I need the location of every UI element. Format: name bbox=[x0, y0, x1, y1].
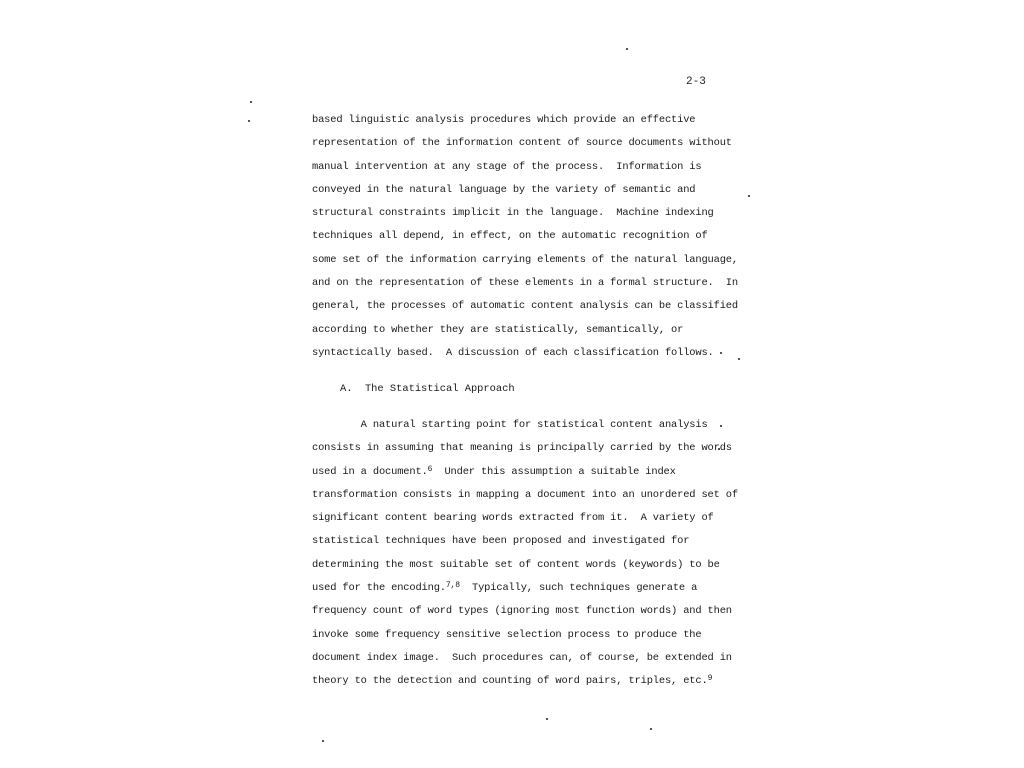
scan-speck bbox=[720, 425, 722, 427]
text-line: representation of the information conten… bbox=[312, 134, 712, 157]
scan-speck bbox=[720, 352, 722, 354]
text-line: based linguistic analysis procedures whi… bbox=[312, 111, 712, 134]
scan-speck bbox=[748, 195, 750, 197]
scan-speck bbox=[650, 728, 652, 730]
text-line: statistical techniques have been propose… bbox=[312, 532, 712, 555]
footnote-reference: 7,8 bbox=[446, 581, 460, 590]
scan-speck bbox=[718, 448, 720, 450]
scan-speck bbox=[626, 48, 628, 50]
scan-speck bbox=[248, 120, 250, 122]
text-line: frequency count of word types (ignoring … bbox=[312, 602, 712, 625]
text-line: used in a document.6 Under this assumpti… bbox=[312, 463, 712, 486]
text-line: according to whether they are statistica… bbox=[312, 321, 712, 344]
footnote-reference: 9 bbox=[708, 674, 713, 683]
text-line: invoke some frequency sensitive selectio… bbox=[312, 626, 712, 649]
text-line: significant content bearing words extrac… bbox=[312, 509, 712, 532]
scan-speck bbox=[546, 718, 548, 720]
scan-speck bbox=[738, 358, 740, 360]
text-line: transformation consists in mapping a doc… bbox=[312, 486, 712, 509]
footnote-reference: 6 bbox=[428, 465, 433, 474]
text-line: techniques all depend, in effect, on the… bbox=[312, 227, 712, 250]
text-line: syntactically based. A discussion of eac… bbox=[312, 344, 712, 367]
page-number: 2-3 bbox=[686, 76, 706, 88]
text-line: determining the most suitable set of con… bbox=[312, 556, 712, 579]
scan-speck bbox=[250, 101, 252, 103]
text-line: conveyed in the natural language by the … bbox=[312, 181, 712, 204]
paragraph-1: based linguistic analysis procedures whi… bbox=[312, 111, 712, 367]
text-line: consists in assuming that meaning is pri… bbox=[312, 439, 712, 462]
text-line: some set of the information carrying ele… bbox=[312, 251, 712, 274]
text-line: used for the encoding.7,8 Typically, suc… bbox=[312, 579, 712, 602]
scan-speck bbox=[322, 740, 324, 742]
text-line: document index image. Such procedures ca… bbox=[312, 649, 712, 672]
text-line: manual intervention at any stage of the … bbox=[312, 158, 712, 181]
text-line: theory to the detection and counting of … bbox=[312, 672, 712, 695]
text-line: A natural starting point for statistical… bbox=[312, 416, 712, 439]
document-page: 2-3 based linguistic analysis procedures… bbox=[0, 0, 1024, 768]
text-line: general, the processes of automatic cont… bbox=[312, 297, 712, 320]
paragraph-2: A natural starting point for statistical… bbox=[312, 416, 712, 696]
text-line: and on the representation of these eleme… bbox=[312, 274, 712, 297]
text-line: structural constraints implicit in the l… bbox=[312, 204, 712, 227]
section-heading: A. The Statistical Approach bbox=[340, 383, 515, 395]
